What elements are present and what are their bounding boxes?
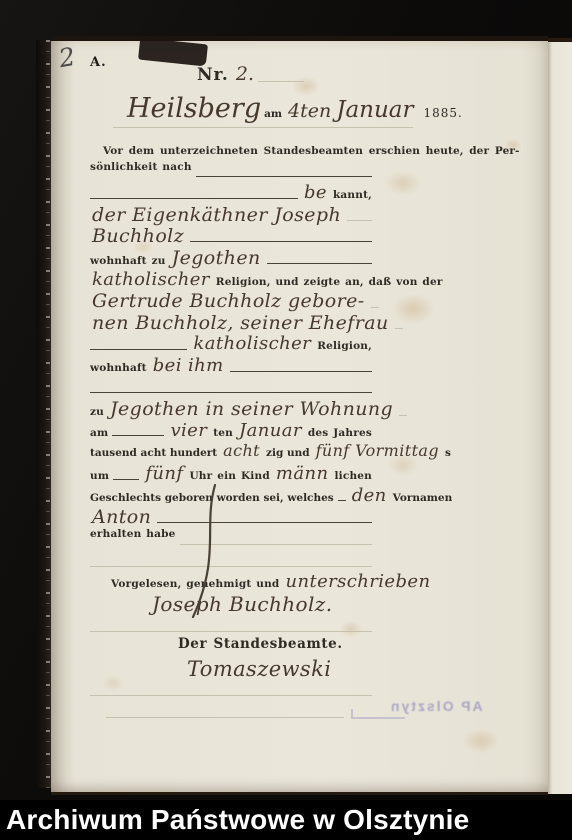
- facing-page-edge: [548, 38, 572, 794]
- handwritten-text: fünf Vormittag: [316, 441, 439, 460]
- form-line-decl1: der Eigenkäthner Joseph: [88, 204, 374, 226]
- archive-caption: Archiwum Państwowe w Olsztynie: [0, 800, 572, 840]
- printed-text: zu: [90, 406, 104, 418]
- form-line-resid: wohnhaft zuJegothen: [88, 247, 374, 269]
- printed-text: Vornamen: [393, 492, 453, 504]
- handwritten-text: den: [352, 485, 387, 506]
- pen-flourish: [181, 483, 225, 621]
- dateline-year: 1885.: [424, 106, 463, 120]
- printed-text: erhalten habe: [90, 528, 176, 540]
- printed-text: s: [445, 447, 451, 459]
- faint-rule-line: [90, 566, 372, 567]
- form-line-blank5: [88, 700, 374, 722]
- handwritten-text: vier: [170, 420, 207, 441]
- form-line-mother1: Gertrude Buchholz gebore-: [88, 290, 374, 312]
- rule-line: [196, 176, 372, 177]
- archive-stamp: AP Olsztyn: [389, 696, 529, 722]
- form-line-closing: Vorgelesen, genehmigt undunterschrieben: [88, 571, 374, 593]
- form-line-resid2: wohnhaftbei ihm: [88, 355, 374, 377]
- form-line-relig1: katholischerReligion, und zeigte an, daß…: [88, 269, 374, 291]
- dateline-am-label: am: [264, 108, 282, 120]
- section-letter: A.: [90, 55, 107, 70]
- printed-text: sönlichkeit nach: [90, 161, 192, 173]
- printed-text: lichen: [334, 470, 372, 482]
- form-line-date1: amviertenJanuardes Jahres: [88, 420, 374, 442]
- printed-text: am: [90, 427, 108, 439]
- handwritten-text: der Eigenkäthner Joseph: [92, 204, 341, 226]
- handwritten-text: katholischer: [193, 333, 311, 354]
- handwritten-text: Jegothen in seiner Wohnung: [110, 398, 393, 420]
- faint-rule-line: [90, 631, 372, 632]
- form-line-place2: zuJegothen in seiner Wohnung: [88, 398, 374, 420]
- printed-text: Uhr ein Kind: [189, 470, 269, 482]
- printed-text: Religion, und zeigte an, daß von der: [216, 276, 443, 288]
- faint-rule: [258, 81, 304, 82]
- printed-text: tausend acht hundert: [90, 447, 217, 459]
- record-number-value: 2.: [236, 63, 254, 85]
- form-line-sex: Geschlechts geboren worden sei, welchesd…: [88, 485, 374, 507]
- rule-line: [112, 435, 164, 436]
- form-line-decl2: Buchholz: [88, 225, 374, 247]
- form-line-signature: Joseph Buchholz.: [88, 592, 374, 614]
- form-line-blank4: [88, 679, 374, 701]
- rule-line: [190, 241, 372, 242]
- handwritten-text: be: [304, 182, 327, 203]
- printed-text: Religion,: [317, 340, 372, 352]
- form-line-date2: tausend acht hundertachtzig undfünf Vorm…: [88, 441, 374, 463]
- form-line-time: umfünfUhr ein Kindmännlichen: [88, 463, 374, 485]
- rule-line: [267, 263, 372, 264]
- form-line-name: Anton: [88, 506, 374, 528]
- record-number-row: Nr. 2.: [197, 63, 304, 85]
- form-line-received: erhalten habe: [88, 528, 374, 550]
- dateline-month: Januar: [336, 97, 413, 123]
- faint-rule-line: [90, 695, 372, 696]
- handwritten-text: acht: [223, 441, 260, 460]
- faint-rule-line: [395, 328, 403, 329]
- handwritten-text: Jegothen: [172, 247, 261, 269]
- handwritten-text: männ: [276, 463, 329, 484]
- dateline: Heilsberg am 4ten Januar 1885.: [113, 93, 413, 128]
- register-page: 2 A. Nr. 2. Heilsberg am 4ten Januar 188…: [51, 36, 548, 795]
- printed-text: Vor dem unterzeichneten Standesbeamten e…: [103, 145, 519, 157]
- handwritten-text: Buchholz: [92, 225, 184, 247]
- form-line-known: bekannt,: [88, 182, 374, 204]
- rule-line: [90, 392, 372, 393]
- printed-text: kannt,: [333, 189, 372, 201]
- page-number-handwritten: 2: [57, 42, 78, 73]
- printed-text: um: [90, 470, 109, 482]
- form-line-blank2: [88, 549, 374, 571]
- printed-text: wohnhaft: [90, 362, 147, 374]
- faint-rule-line: [347, 220, 372, 221]
- dateline-place: Heilsberg: [127, 93, 261, 124]
- form-line-official: Der Standesbeamte.: [88, 636, 374, 658]
- caption-bar: Archiwum Państwowe w Olsztynie: [0, 800, 572, 840]
- faint-rule-line: [371, 307, 379, 308]
- rule-line: [90, 349, 187, 350]
- form-line-intro1: Vor dem unterzeichneten Standesbeamten e…: [88, 139, 374, 161]
- rule-line: [113, 479, 139, 480]
- archive-stamp-text: AP Olsztyn: [389, 698, 483, 714]
- handwritten-text: katholischer: [92, 269, 210, 290]
- form-line-relig2: katholischerReligion,: [88, 333, 374, 355]
- form-line-mother2: nen Buchholz, seiner Ehefrau: [88, 312, 374, 334]
- printed-text: wohnhaft zu: [90, 255, 166, 267]
- archive-scan-view: 2 A. Nr. 2. Heilsberg am 4ten Januar 188…: [0, 0, 572, 840]
- form-line-blank1: [88, 377, 374, 399]
- rule-line: [338, 500, 346, 501]
- record-number-label: Nr.: [197, 65, 229, 85]
- handwritten-text: Januar: [239, 420, 302, 441]
- form-line-official-sig: Tomaszewski: [88, 657, 374, 679]
- printed-text: zig und: [266, 447, 310, 459]
- handwritten-text: Tomaszewski: [187, 657, 331, 681]
- book-photo: 2 A. Nr. 2. Heilsberg am 4ten Januar 188…: [0, 0, 572, 800]
- handwritten-text: nen Buchholz, seiner Ehefrau: [92, 312, 389, 334]
- form-body: Vor dem unterzeichneten Standesbeamten e…: [88, 139, 374, 722]
- handwritten-text: Anton: [92, 506, 151, 528]
- faint-rule-line: [399, 415, 407, 416]
- handwritten-text: fünf: [145, 463, 183, 484]
- rule-line: [90, 198, 298, 199]
- handwritten-text: unterschrieben: [285, 571, 430, 592]
- handwritten-text: Gertrude Buchholz gebore-: [92, 290, 365, 312]
- rule-line: [230, 371, 372, 372]
- form-line-blank3: [88, 614, 374, 636]
- faint-rule-line: [106, 717, 344, 718]
- printed-text: des Jahres: [308, 427, 372, 439]
- handwritten-text: bei ihm: [153, 355, 224, 376]
- form-line-intro2: sönlichkeit nach: [88, 161, 374, 183]
- printed-text: ten: [213, 427, 233, 439]
- handwritten-text: Joseph Buchholz.: [152, 592, 332, 616]
- dateline-day: 4ten: [288, 100, 331, 122]
- book-spine: [36, 40, 51, 788]
- printed-text: Der Standesbeamte.: [178, 636, 343, 652]
